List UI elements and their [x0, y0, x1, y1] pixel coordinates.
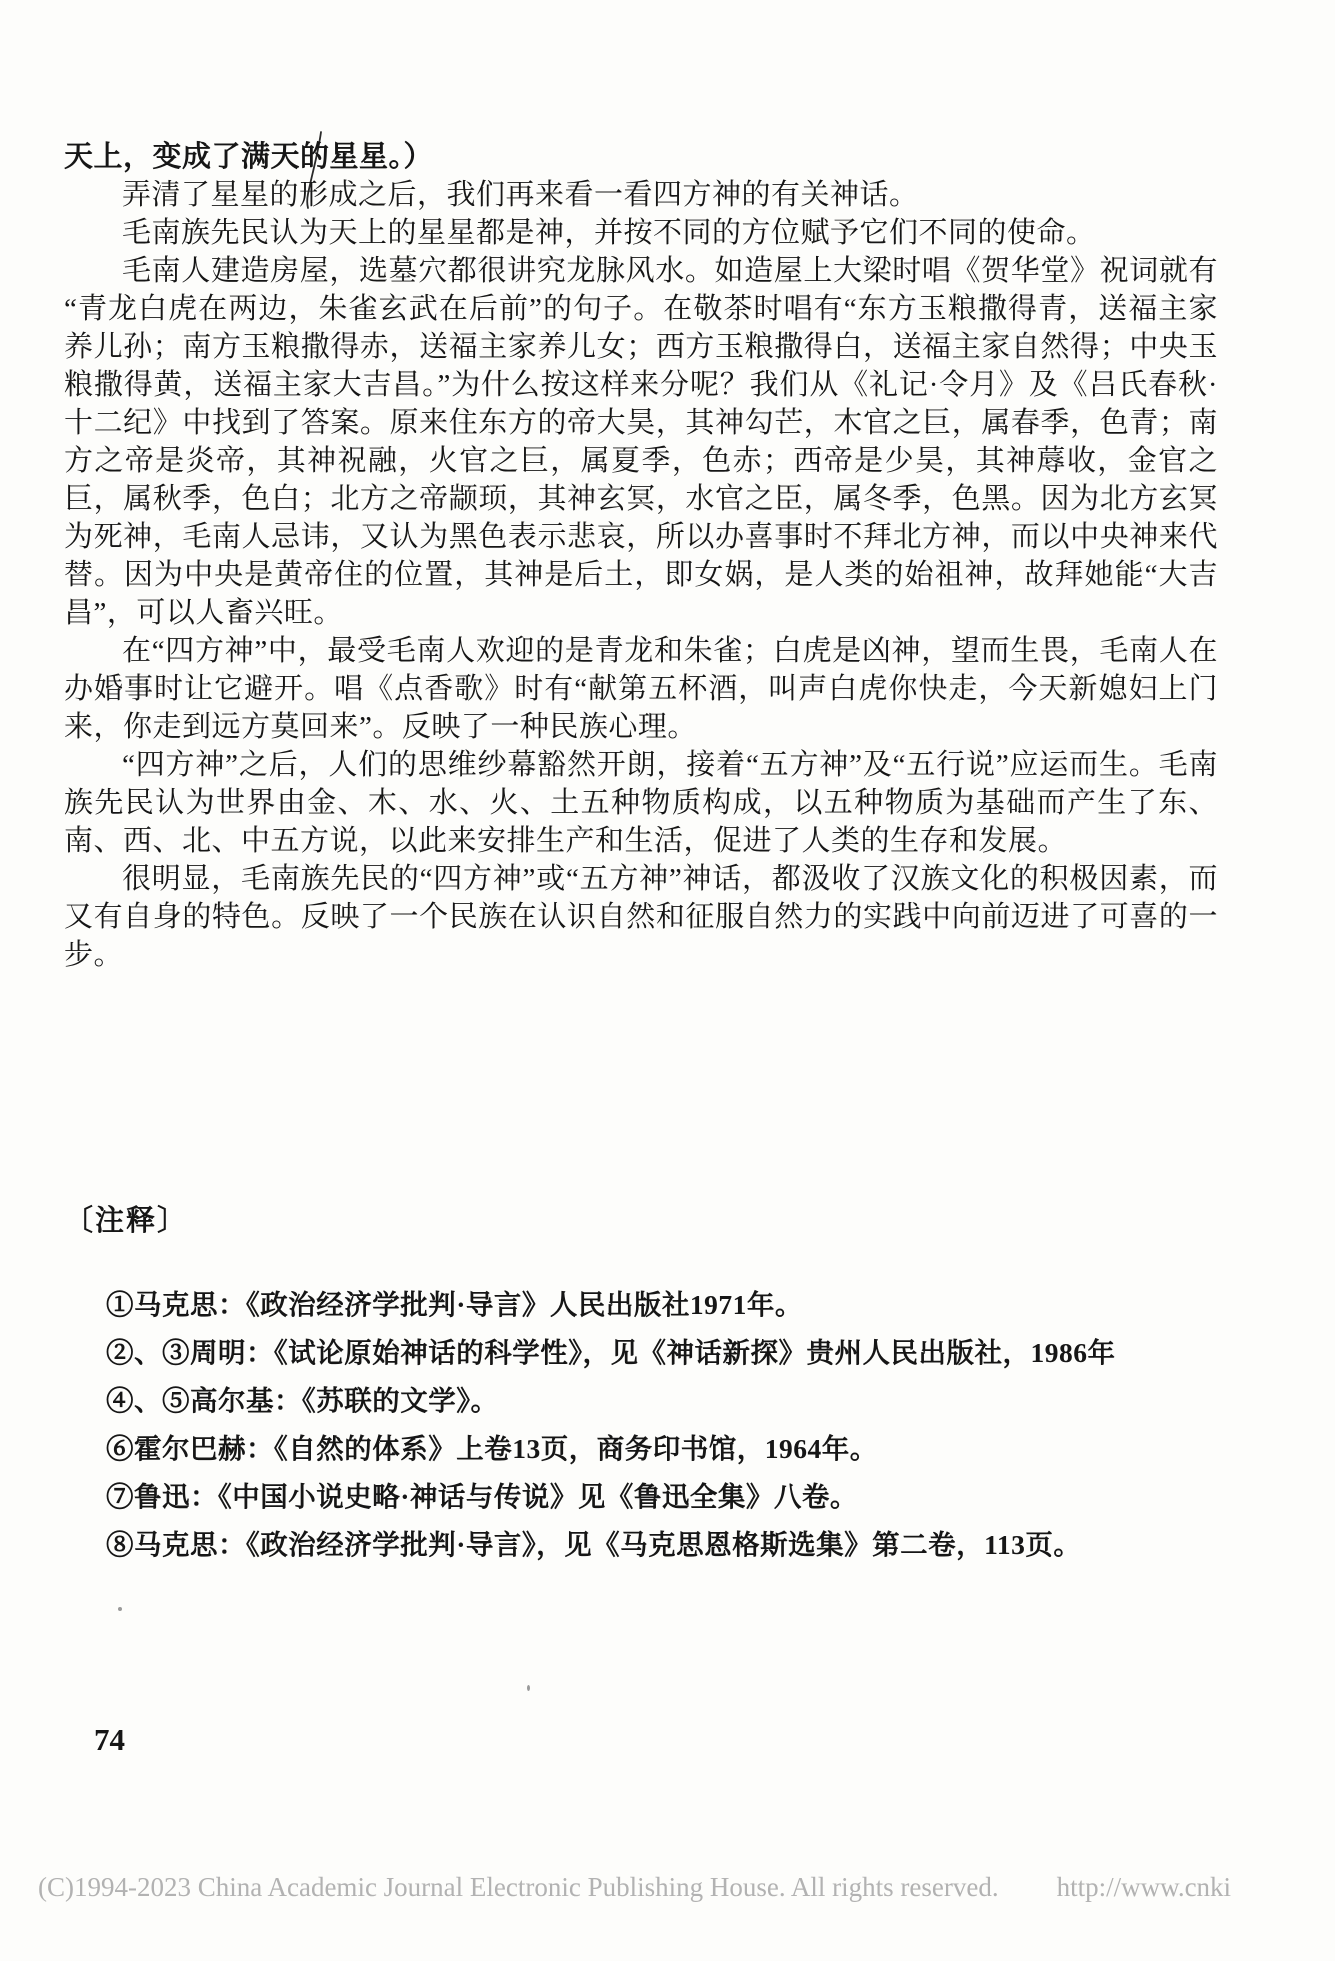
article-body: 天上，变成了满天的星星。） 弄清了星星的形成之后，我们再来看一看四方神的有关神话…	[64, 138, 1218, 974]
paragraph: 毛南族先民认为天上的星星都是神，并按不同的方位赋予它们不同的使命。	[64, 214, 1218, 252]
page-number: 74	[94, 1722, 125, 1758]
continuation-line: 天上，变成了满天的星星。）	[64, 138, 1218, 176]
note-item: ②、③周明：《试论原始神话的科学性》，见《神话新探》贵州人民出版社，1986年	[106, 1329, 1264, 1377]
copyright-text: (C)1994-2023 China Academic Journal Elec…	[38, 1872, 999, 1903]
footer-url: http://www.cnki	[1057, 1872, 1232, 1903]
notes-heading: 〔注释〕	[64, 1198, 1264, 1239]
scanned-page: 天上，变成了满天的星星。） 弄清了星星的形成之后，我们再来看一看四方神的有关神话…	[0, 0, 1335, 1961]
paragraphs: 弄清了星星的形成之后，我们再来看一看四方神的有关神话。毛南族先民认为天上的星星都…	[64, 176, 1218, 974]
paragraph: 毛南人建造房屋，选墓穴都很讲究龙脉风水。如造屋上大梁时唱《贺华堂》祝词就有“青龙…	[64, 252, 1218, 632]
paragraph: 在“四方神”中，最受毛南人欢迎的是青龙和朱雀；白虎是凶神，望而生畏，毛南人在办婚…	[64, 632, 1218, 746]
note-item: ⑧马克思：《政治经济学批判·导言》，见《马克思恩格斯选集》第二卷，113页。	[106, 1521, 1264, 1569]
paragraph: 很明显，毛南族先民的“四方神”或“五方神”神话，都汲收了汉族文化的积极因素，而又…	[64, 860, 1218, 974]
note-item: ①马克思：《政治经济学批判·导言》人民出版社1971年。	[106, 1281, 1264, 1329]
copyright-footer: (C)1994-2023 China Academic Journal Elec…	[38, 1872, 1335, 1903]
note-item: ④、⑤高尔基：《苏联的文学》。	[106, 1377, 1264, 1425]
paragraph: 弄清了星星的形成之后，我们再来看一看四方神的有关神话。	[64, 176, 1218, 214]
notes-block: 〔注释〕 ①马克思：《政治经济学批判·导言》人民出版社1971年。②、③周明：《…	[64, 1198, 1264, 1569]
scan-speck	[118, 1607, 122, 1611]
paragraph: “四方神”之后，人们的思维纱幕豁然开朗，接着“五方神”及“五行说”应运而生。毛南…	[64, 746, 1218, 860]
note-item: ⑦鲁迅：《中国小说史略·神话与传说》见《鲁迅全集》八卷。	[106, 1473, 1264, 1521]
note-item: ⑥霍尔巴赫：《自然的体系》上卷13页，商务印书馆，1964年。	[106, 1425, 1264, 1473]
scan-speck	[527, 1685, 530, 1691]
notes-list: ①马克思：《政治经济学批判·导言》人民出版社1971年。②、③周明：《试论原始神…	[64, 1281, 1264, 1569]
